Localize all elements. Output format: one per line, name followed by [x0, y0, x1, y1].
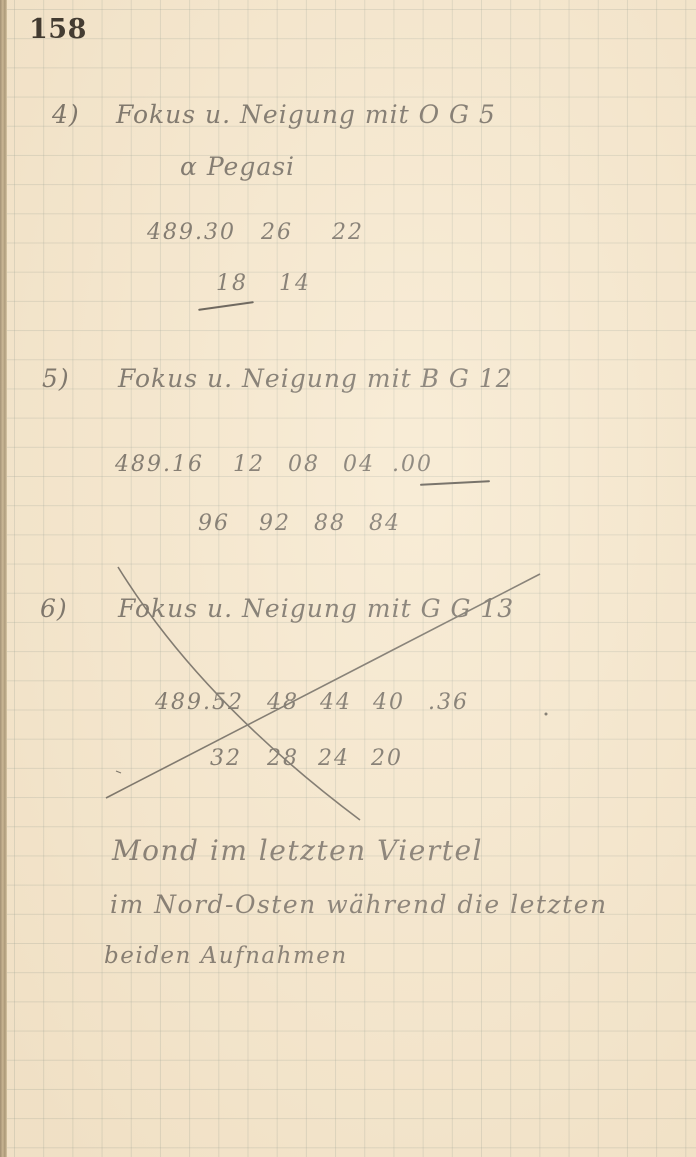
entry-4-subtitle: α Pegasi [180, 152, 295, 181]
value: 44 [320, 690, 352, 715]
value: 48 [267, 690, 299, 715]
note-line-1: Mond im letzten Viertel [112, 834, 483, 867]
value: 22 [332, 220, 364, 245]
value: 14 [279, 271, 311, 296]
value: .36 [428, 690, 469, 715]
strikethrough-cross [0, 0, 696, 1157]
value: 26 [261, 220, 293, 245]
entry-5-title: Fokus u. Neigung mit B G 12 [118, 364, 513, 393]
underline-mark [198, 301, 254, 311]
value: 489.16 [115, 452, 204, 477]
value-underlined: .00 [392, 452, 433, 477]
value: 96 [198, 511, 230, 536]
value: 88 [314, 511, 346, 536]
value: 489.30 [147, 220, 236, 245]
entry-5-row2: 96 92 88 84 [198, 511, 419, 536]
value: 24 [318, 746, 350, 771]
value-underlined: 18 [216, 271, 248, 296]
entry-6-row2: 32 28 24 20 [210, 746, 421, 771]
entry-4-row1: 489.30 26 22 [147, 220, 382, 245]
value: 08 [288, 452, 320, 477]
underline-mark [420, 480, 490, 486]
value: 28 [267, 746, 299, 771]
notebook-page: 158 4) Fokus u. Neigung mit O G 5 α Pega… [0, 0, 696, 1157]
entry-4-title: Fokus u. Neigung mit O G 5 [116, 100, 496, 129]
entry-4-row2: 18 14 [216, 271, 329, 296]
entry-6-title: Fokus u. Neigung mit G G 13 [118, 594, 514, 623]
value: 84 [369, 511, 401, 536]
page-binding-edge [0, 0, 7, 1157]
entry-5-label: 5) [42, 364, 70, 393]
value: 489.52 [155, 690, 244, 715]
entry-6-row1: 489.52 48 44 40 .36 [155, 690, 487, 715]
value: 20 [371, 746, 403, 771]
entry-6-label: 6) [40, 594, 68, 623]
value: 92 [259, 511, 291, 536]
note-line-3: beiden Aufnahmen [104, 943, 348, 969]
entry-5-row1: 489.16 12 08 04 .00 [115, 452, 451, 477]
value: 32 [210, 746, 242, 771]
page-number: 158 [29, 14, 87, 45]
entry-4-label: 4) [52, 100, 80, 129]
value: 12 [233, 452, 265, 477]
value: 40 [373, 690, 405, 715]
value: 04 [343, 452, 375, 477]
note-line-2: im Nord-Osten während die letzten [110, 890, 608, 919]
